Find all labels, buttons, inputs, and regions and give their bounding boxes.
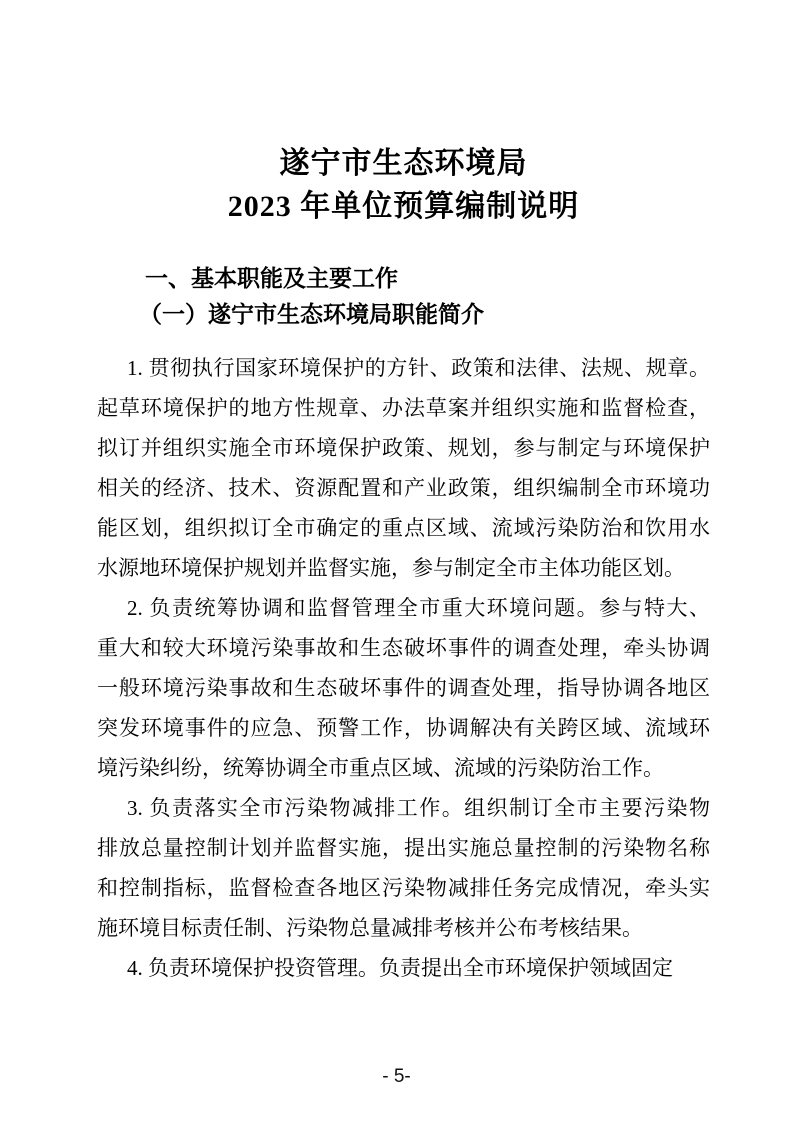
title-suffix-text: 预算编制说明 xyxy=(393,190,579,223)
paragraph: 2. 负责统筹协调和监督管理全市重大环境问题。参与特大、重大和较大环境污染事故和… xyxy=(97,588,710,788)
paragraph-line: 2. 负责统筹协调和监督管理全市重大环境问题。参与特大、 xyxy=(97,588,710,628)
paragraph-line: 和控制指标，监督检查各地区污染物减排任务完成情况，牵头实 xyxy=(97,868,710,908)
subsection-heading: （一）遂宁市生态环境局职能简介 xyxy=(139,296,710,334)
paragraph-line: 排放总量控制计划并监督实施，提出实施总量控制的污染物名称 xyxy=(97,828,710,868)
paragraph: 1. 贯彻执行国家环境保护的方针、政策和法律、法规、规章。起草环境保护的地方性规… xyxy=(97,348,710,588)
section-heading: 一、基本职能及主要工作 xyxy=(145,260,710,296)
document-content: 遂宁市生态环境局 2023 年单位预算编制说明 一、基本职能及主要工作 （一）遂… xyxy=(0,0,793,988)
paragraph-line: 1. 贯彻执行国家环境保护的方针、政策和法律、法规、规章。 xyxy=(97,348,710,388)
paragraph-line: 相关的经济、技术、资源配置和产业政策，组织编制全市环境功 xyxy=(97,468,710,508)
document-body: 1. 贯彻执行国家环境保护的方针、政策和法律、法规、规章。起草环境保护的地方性规… xyxy=(97,348,710,988)
page-number: - 5- xyxy=(0,1066,793,1088)
paragraph-line: 起草环境保护的地方性规章、办法草案并组织实施和监督检查， xyxy=(97,388,710,428)
document-title: 遂宁市生态环境局 2023 年单位预算编制说明 xyxy=(97,0,710,228)
paragraph: 4. 负责环境保护投资管理。负责提出全市环境保护领域固定 xyxy=(97,948,710,988)
paragraph-line: 一般环境污染事故和生态破坏事件的调查处理，指导协调各地区 xyxy=(97,668,710,708)
title-emphasis-text: 单位 xyxy=(331,190,393,223)
paragraph-line: 拟订并组织实施全市环境保护政策、规划，参与制定与环境保护 xyxy=(97,428,710,468)
paragraph-line: 4. 负责环境保护投资管理。负责提出全市环境保护领域固定 xyxy=(97,948,710,988)
document-title-line2: 2023 年单位预算编制说明 xyxy=(97,185,710,228)
paragraph-line: 突发环境事件的应急、预警工作，协调解决有关跨区域、流域环 xyxy=(97,708,710,748)
paragraph-line: 境污染纠纷，统筹协调全市重点区域、流域的污染防治工作。 xyxy=(97,748,710,788)
document-page: 遂宁市生态环境局 2023 年单位预算编制说明 一、基本职能及主要工作 （一）遂… xyxy=(0,0,793,1122)
paragraph: 3. 负责落实全市污染物减排工作。组织制订全市主要污染物排放总量控制计划并监督实… xyxy=(97,788,710,948)
paragraph-line: 能区划，组织拟订全市确定的重点区域、流域污染防治和饮用水 xyxy=(97,508,710,548)
paragraph-line: 水源地环境保护规划并监督实施，参与制定全市主体功能区划。 xyxy=(97,548,710,588)
paragraph-line: 重大和较大环境污染事故和生态破坏事件的调查处理，牵头协调 xyxy=(97,628,710,668)
paragraph-line: 施环境目标责任制、污染物总量减排考核并公布考核结果。 xyxy=(97,908,710,948)
document-title-line1: 遂宁市生态环境局 xyxy=(97,142,710,185)
title-year-prefix: 2023 年 xyxy=(228,190,332,223)
paragraph-line: 3. 负责落实全市污染物减排工作。组织制订全市主要污染物 xyxy=(97,788,710,828)
